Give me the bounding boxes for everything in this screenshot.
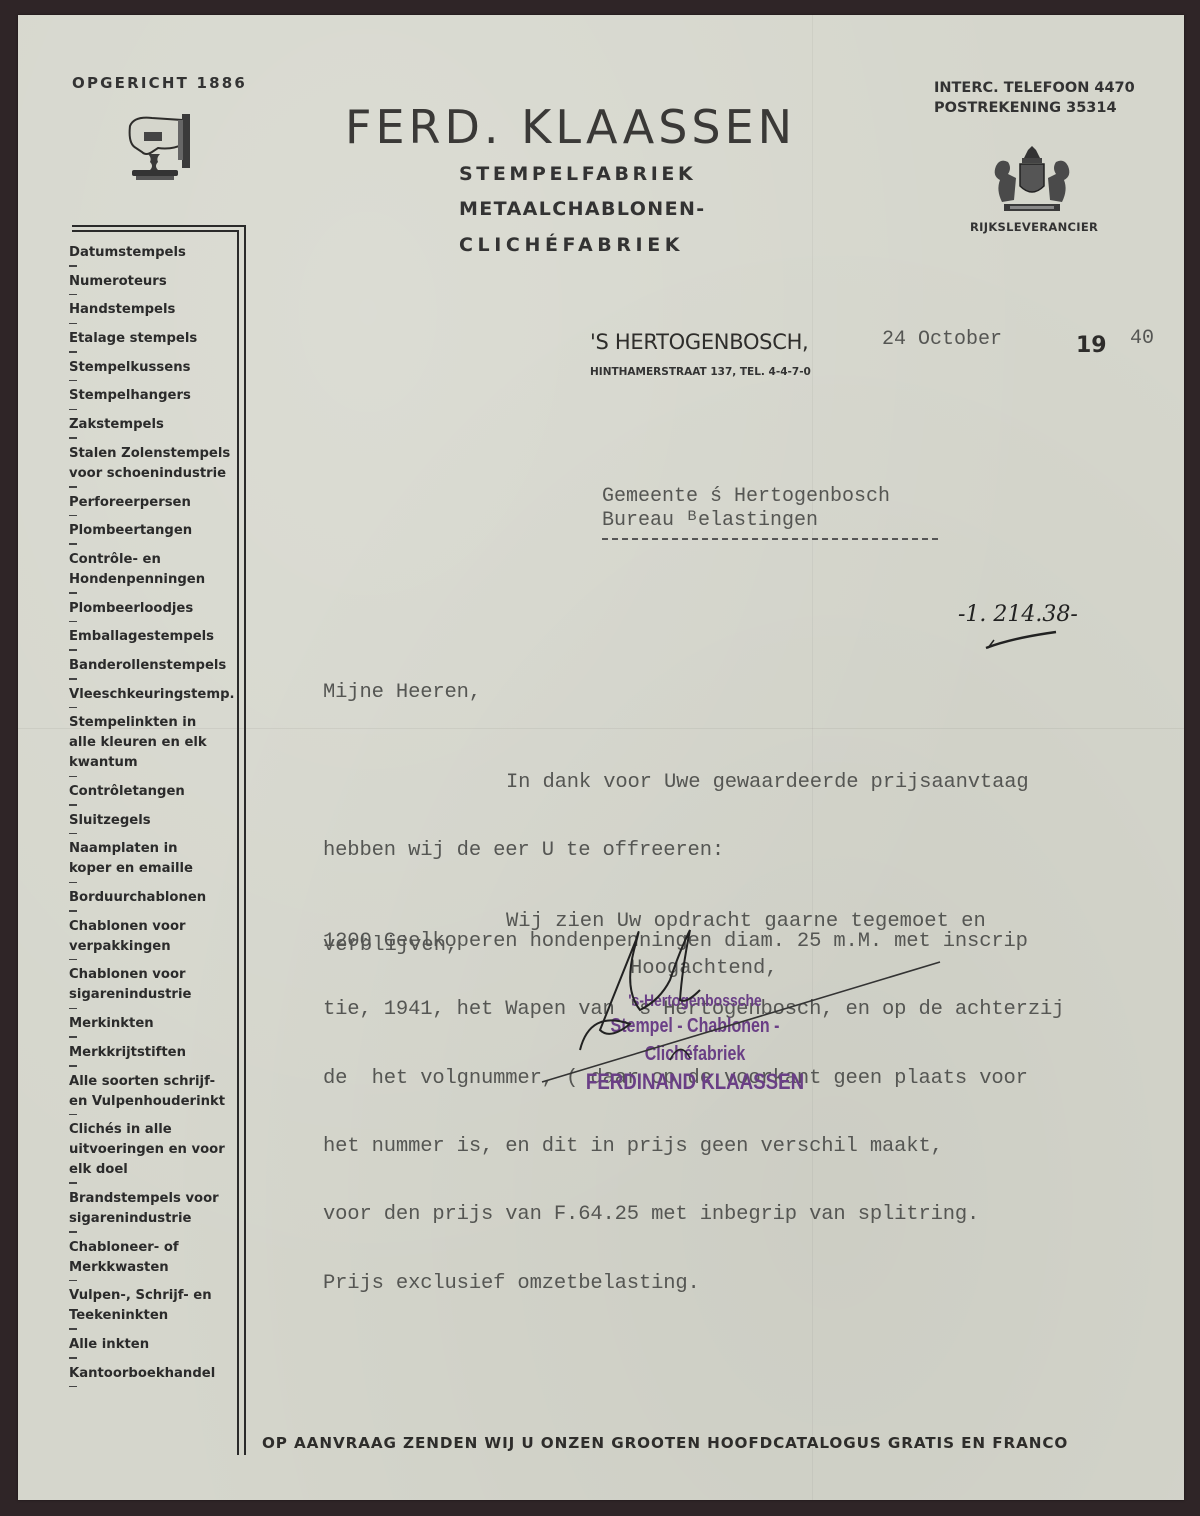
product-item: Stalen Zolenstempels voor schoenindustri…	[69, 444, 234, 493]
product-item: Contrôle- en Hondenpenningen	[69, 550, 234, 599]
city-name: 'S HERTOGENBOSCH,	[590, 330, 808, 354]
year-printed: 19	[1076, 333, 1107, 358]
intro-line: In dank voor Uwe gewaardeerde prijsaanvt…	[323, 772, 1183, 795]
product-item: Numeroteurs	[69, 272, 234, 301]
closing-line: Wij zien Uw opdracht gaarne tegemoet en	[506, 910, 986, 933]
offer-line: het nummer is, en dit in prijs geen vers…	[323, 1136, 1183, 1159]
postal-account: POSTREKENING 35314	[934, 98, 1135, 118]
product-item: Chablonen voor verpakkingen	[69, 917, 234, 966]
product-item: Clichés in alle uitvoeringen en voor elk…	[69, 1120, 234, 1189]
salutation: Mijne Heeren,	[323, 682, 1183, 705]
recipient-line-1: Gemeente ś Hertogenbosch	[602, 485, 890, 509]
product-item: Banderollenstempels	[69, 656, 234, 685]
product-item: Etalage stempels	[69, 329, 234, 358]
product-item: Sluitzegels	[69, 811, 234, 840]
street-address: HINTHAMERSTRAAT 137, TEL. 4-4-7-0	[590, 366, 811, 378]
phone-number: INTERC. TELEFOON 4470	[934, 78, 1135, 98]
stamp-line-3: FERDINAND KLAASSEN	[563, 1068, 827, 1096]
date-typed: 24 October	[882, 328, 1002, 351]
royal-coat-of-arms-icon	[986, 144, 1078, 216]
product-item: Stempelkussens	[69, 358, 234, 387]
company-name: FERD. KLAASSEN	[345, 100, 796, 154]
product-item: Borduurchablonen	[69, 888, 234, 917]
product-item: Zakstempels	[69, 415, 234, 444]
product-item: Perforeerpersen	[69, 493, 234, 522]
intro-line: hebben wij de eer U te offreeren:	[323, 840, 1183, 863]
product-item: Alle inkten	[69, 1335, 234, 1364]
product-item: Plombeerloodjes	[69, 599, 234, 628]
founded-year: OPGERICHT 1886	[72, 74, 247, 92]
product-item: Alle soorten schrijf- en Vulpenhouderink…	[69, 1072, 234, 1121]
product-item: Naamplaten in koper en emaille	[69, 839, 234, 888]
product-item: Handstempels	[69, 300, 234, 329]
product-item: Kantoorboekhandel	[69, 1364, 234, 1393]
stamp-line-2: Stempel - Chablonen - Clichéfabriek	[571, 1012, 819, 1068]
product-item: Vulpen-, Schrijf- en Teekeninkten	[69, 1286, 234, 1335]
product-item: Brandstempels voor sigarenindustrie	[69, 1189, 234, 1238]
company-subtitle-2: METAALCHABLONEN-	[459, 198, 706, 220]
product-item: Plombeertangen	[69, 521, 234, 550]
contact-block: INTERC. TELEFOON 4470 POSTREKENING 35314	[934, 78, 1135, 118]
handwritten-reference: -1. 214.38-	[958, 602, 1078, 627]
product-item: Stempelhangers	[69, 386, 234, 415]
product-list: Datumstempels Numeroteurs Handstempels E…	[69, 243, 234, 1392]
company-subtitle-3: CLICHÉFABRIEK	[459, 234, 684, 256]
company-stamp: 's-Hertogenbossche Stempel - Chablonen -…	[540, 990, 850, 1096]
company-subtitle-1: STEMPELFABRIEK	[459, 163, 696, 185]
recipient-underline	[602, 538, 938, 540]
product-item: Chablonen voor sigarenindustrie	[69, 965, 234, 1014]
frame-line	[72, 225, 245, 227]
product-item: Datumstempels	[69, 243, 234, 272]
product-item: Merkinkten	[69, 1014, 234, 1043]
closing-line: verblijven,	[323, 934, 458, 957]
valediction: Hoogachtend,	[630, 957, 778, 980]
product-item: Contrôletangen	[69, 782, 234, 811]
product-item: Stempelinkten in alle kleuren en elk kwa…	[69, 713, 234, 782]
product-item: Merkkrijtstiften	[69, 1043, 234, 1072]
supplier-label: RIJKSLEVERANCIER	[970, 220, 1098, 234]
frame-line	[72, 230, 238, 232]
frame-line	[237, 230, 239, 1455]
offer-line: voor den prijs van F.64.25 met inbegrip …	[323, 1204, 1183, 1227]
hand-stamp-icon	[112, 104, 202, 188]
year-typed: 40	[1130, 327, 1154, 350]
stamp-line-1: 's-Hertogenbossche	[568, 990, 822, 1012]
product-item: Chabloneer- of Merkkwasten	[69, 1238, 234, 1287]
recipient-line-2: Bureau ᴮelastingen	[602, 509, 890, 533]
product-item: Emballagestempels	[69, 627, 234, 656]
footer-note: OP AANVRAAG ZENDEN WIJ U ONZEN GROOTEN H…	[262, 1434, 1068, 1452]
frame-line	[244, 225, 246, 1455]
recipient-address: Gemeente ś Hertogenbosch Bureau ᴮelastin…	[602, 485, 890, 533]
offer-line: Prijs exclusief omzetbelasting.	[323, 1273, 1183, 1296]
product-item: Vleeschkeuringstemp.	[69, 685, 234, 714]
